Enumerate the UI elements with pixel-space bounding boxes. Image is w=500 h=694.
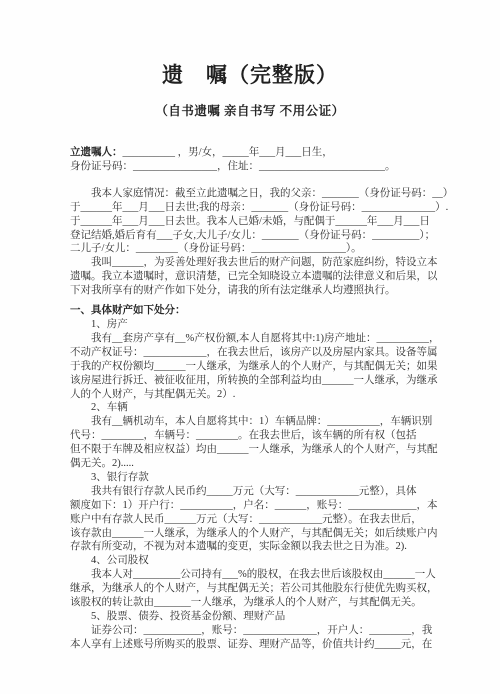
document-line: 2、车辆 xyxy=(70,401,442,415)
document-line: 继承，为继承人的个人财产，与其配偶无关；若公司其他股东行使优先购买权， xyxy=(70,582,442,596)
document-line: 于我的产权份额均______一人继承，为继承人的个人财产，与其配偶无关；如果 xyxy=(70,360,442,374)
document-line: 额度如下：1）开户行：__________，户名：______，账号：_____… xyxy=(70,499,442,513)
document-line: 立遗嘱人：__________ ，男/女，_____年___月___日生， xyxy=(70,146,442,160)
document-line: 该股权的转让款由_______一人继承，为继承人的个人财产，与其配偶无关。 xyxy=(70,596,442,610)
document-line: 我有__辆机动车，本人自愿将其中：1）车辆品牌：__________，车辆识别 xyxy=(70,415,442,429)
document-line: 于______年___月___日去世。我本人已婚/未婚，与配偶于______年_… xyxy=(70,215,442,229)
document-line: 二儿子/女儿：________（身份证号码：__________________… xyxy=(70,242,442,256)
document-line: 一、具体财产如下处分： xyxy=(70,304,442,318)
document-line: 但不限于车牌及相应权益）均由______一人继承，为继承人的个人财产，与其配 xyxy=(70,443,442,457)
document-line: 该房屋进行拆迁、被征收征用，所转换的全部利益均由______一人继承，为继承 xyxy=(70,374,442,388)
document-line: 身份证号码：________________，住址：______________… xyxy=(70,160,442,174)
document-line: 证券公司：___________，账号：______________，开户人：_… xyxy=(70,624,442,638)
document-line: 我共有银行存款人民币约_____万元（大写：____________元整），具体 xyxy=(70,485,442,499)
document-line: 不动产权证号：____________，在我去世后，该房产以及房屋内家具。设备等… xyxy=(70,346,442,360)
line-spacer xyxy=(70,174,442,187)
document-line: 遗嘱。我立本遗嘱时，意识清楚，已完全知晓设立本遗嘱的法律意义和后果，以 xyxy=(70,270,442,284)
document-line: 代号：________，车辆号：________。在我去世后，该车辆的所有权（包… xyxy=(70,429,442,443)
document-line: 下对我所享有的财产作如下处分，请我的所有法定继承人均遵照执行。 xyxy=(70,284,442,298)
document-line: 本人享有上述账号所购买的股票、证券、理财产品等，价值共计约_____元，在 xyxy=(70,638,442,652)
line-text: __________ ，男/女，_____年___月___日生， xyxy=(123,147,333,158)
document-line: 4、公司股权 xyxy=(70,554,442,568)
document-title: 遗 嘱（完整版） xyxy=(0,60,500,90)
document-line: 该存款由______一人继承，为继承人的个人财产，与其配偶无关；如后续账户内 xyxy=(70,527,442,541)
document-line: 偶无关。2)..... xyxy=(70,457,442,471)
document-body: 立遗嘱人：__________ ，男/女，_____年___月___日生，身份证… xyxy=(70,146,442,652)
document-line: 我本人对_________公司持有___%的股权，在我去世后该股权由______… xyxy=(70,568,442,582)
document-line: 人的个人财产，与其配偶无关。2）. xyxy=(70,388,442,402)
will-document-page: 遗 嘱（完整版） （自书遗嘱 亲自书写 不用公证） 立遗嘱人：_________… xyxy=(0,0,500,694)
document-line: 3、银行存款 xyxy=(70,471,442,485)
document-line: 存款有所变动，不视为对本遗嘱的变更，实际金额以我去世之日为准。2). xyxy=(70,540,442,554)
document-line: 我叫______，为妥善处理好我去世后的财产问题，防范家庭纠纷，特设立本 xyxy=(70,256,442,270)
document-line: 我本人家庭情况：截至立此遗嘱之日，我的父亲：_______（身份证号码：__） xyxy=(70,187,442,201)
document-line: 登记结婚,婚后育有___子女,大儿子/女儿：_______（身份证号码：____… xyxy=(70,229,442,243)
testator-field-label: 立遗嘱人： xyxy=(70,147,123,158)
document-subtitle: （自书遗嘱 亲自书写 不用公证） xyxy=(0,101,500,119)
document-line: 账户中有存款人民币______万元（大写：____________元整）。在我去… xyxy=(70,513,442,527)
document-line: 1、房产 xyxy=(70,318,442,332)
document-line: 我有__套房产享有__%产权份额,本人自愿将其中:1)房产地址：________… xyxy=(70,332,442,346)
document-line: 于______年___月___日去世;我的母亲：_______（身份证号码：__… xyxy=(70,201,442,215)
document-line: 5、股票、债券、投资基金份额、理财产品 xyxy=(70,610,442,624)
